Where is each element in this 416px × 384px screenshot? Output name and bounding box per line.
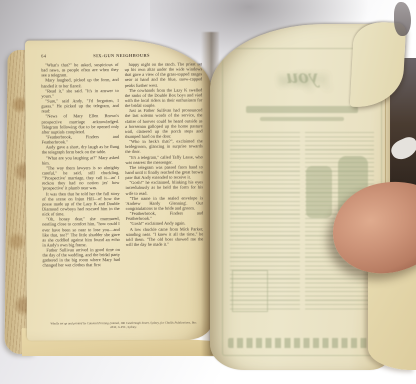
left-page: 64 SIX-GUN NEIGHBOURS "What's that?" he …	[25, 39, 213, 340]
paragraph: Just as Father Sullivan had pronounced t…	[125, 108, 203, 139]
left-page-content: 64 SIX-GUN NEIGHBOURS "What's that?" he …	[41, 52, 204, 332]
paragraph: It was then that he told her the full st…	[42, 191, 120, 217]
running-head: 64 SIX-GUN NEIGHBOURS	[41, 52, 202, 58]
text-column-right: happy night on the ranch. The priest set…	[125, 61, 204, 290]
paragraph: "Who in heck's that?", exclaimed the bri…	[125, 139, 203, 155]
paragraph: "The name in the sealed envelope is 'And…	[126, 195, 204, 211]
paragraph: "It's a telegram," called Taffy Lasse, w…	[125, 154, 203, 165]
paragraph: The cowhands from the Lazy K swelled the…	[125, 87, 203, 108]
running-title: SIX-GUN NEIGHBOURS	[63, 53, 180, 59]
paragraph: "Gosh!" he exclaimed, blinking his eyes …	[125, 180, 203, 196]
ghost-bottom-banner	[228, 338, 376, 348]
paragraph: "Oh, honey dear," she murmured, nestling…	[42, 216, 120, 247]
paragraph: Andy gave a short, dry laugh as he flung…	[42, 144, 120, 155]
paragraph: "Featherbrook, Finders and Featherbrook.…	[42, 134, 120, 145]
paragraph: "What are you laughing at?" Mary asked h…	[42, 155, 120, 166]
ghost-heading-band	[246, 106, 358, 113]
ghost-small-box	[232, 270, 268, 312]
paragraph: "Read it," she said. "It's in answer to …	[41, 88, 119, 99]
ghost-headline-word: you	[244, 64, 359, 89]
paragraph: "Sure," said Andy, "I'd forgotten, I gue…	[41, 98, 119, 114]
paragraph: A low chuckle came from Mick Parker, sta…	[126, 226, 204, 247]
book-photo: 64 SIX-GUN NEIGHBOURS "What's that?" he …	[0, 0, 416, 384]
corner-shadow-mark	[394, 2, 411, 36]
paragraph: Father Sullivan arrived in good time on …	[42, 247, 120, 268]
ghost-large-letter	[306, 166, 332, 218]
paragraph: "News of Mary Ellen Brown's prospective …	[41, 113, 119, 134]
printer-imprint: Wholly set up and printed by Colonial Pr…	[49, 322, 197, 331]
paragraph: "The way them lawyers is so almighty car…	[42, 165, 120, 191]
text-column-left: "What's that?" he asked, suspicious of b…	[41, 62, 120, 291]
ghost-column-gap	[300, 132, 305, 310]
paragraph: Mary laughed, picked up the form, and ha…	[41, 77, 119, 88]
paragraph: "What's that?" he asked, suspicious of b…	[41, 62, 119, 78]
ghost-subheading-band	[260, 117, 343, 121]
text-columns: "What's that?" he asked, suspicious of b…	[41, 61, 204, 290]
paragraph: The telegram was passed from hand to han…	[125, 164, 203, 180]
paragraph: "Featherbrook, Finders and Featherbrook.…	[126, 210, 204, 221]
paragraph: happy night on the ranch. The priest set…	[125, 61, 203, 87]
page-number: 64	[41, 53, 63, 58]
